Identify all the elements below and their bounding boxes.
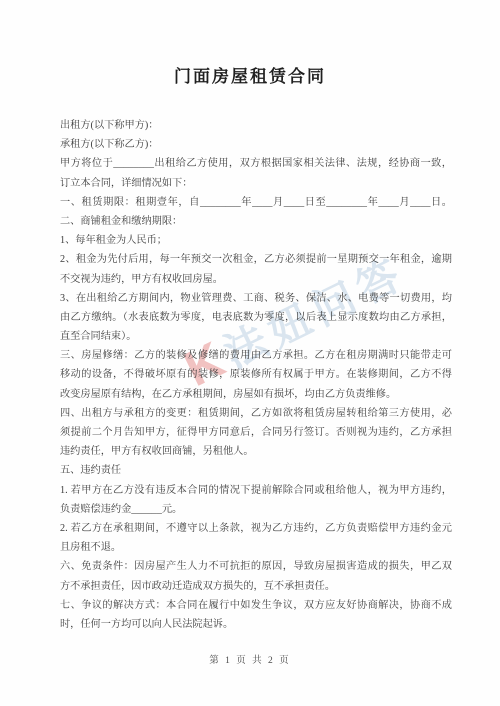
contract-line: 2、租金为先付后用，每一年预交一次租金，乙方必须提前一星期预交一年租金，逾期 [60, 250, 452, 269]
contract-line: 七、争议的解决方式：本合同在履行中如发生争议，双方应友好协商解决，协商不成 [60, 596, 452, 615]
contract-line: 负责赔偿违约金______元。 [60, 500, 452, 519]
contract-line: 3、在出租给乙方期间内，物业管理费、工商、税务、保洁、水、电费等一切费用，均 [60, 289, 452, 308]
contract-line: 须提前二个月告知甲方，征得甲方同意后，合同另行签订。否则视为违约，乙方承担 [60, 423, 452, 442]
contract-line: 出租方(以下称甲方)： [60, 116, 452, 135]
page-number: 第 1 页 共 2 页 [0, 652, 500, 666]
contract-line: 1. 若甲方在乙方没有违反本合同的情况下提前解除合同或租给他人，视为甲方违约， [60, 481, 452, 500]
contract-line: 三、房屋修缮：乙方的装修及修缮的费用由乙方承担。乙方在租房期满时只能带走可 [60, 346, 452, 365]
contract-line: 六、免责条件：因房屋产生人力不可抗拒的原因，导致房屋损害造成的损失，甲乙双 [60, 557, 452, 576]
contract-line: 由乙方缴纳。（水表底数为零度，电表底数为零度，以后表上显示度数均由乙方承担， [60, 308, 452, 327]
contract-line: 违约责任，甲方有权收回商铺，另租他人。 [60, 442, 452, 461]
contract-line: 不交视为违约，甲方有权收回房屋。 [60, 270, 452, 289]
contract-line: 承租方(以下称乙方)： [60, 135, 452, 154]
contract-body: 出租方(以下称甲方)： 承租方(以下称乙方)： 甲方将位于________出租给… [60, 116, 452, 634]
contract-line: 甲方将位于________出租给乙方使用，双方根据国家相关法律、法规，经协商一致… [60, 154, 452, 173]
contract-line: 方不承担责任，因市政动迁造成双方损失的，互不承担责任。 [60, 577, 452, 596]
contract-line: 时，任何一方均可以向人民法院起诉。 [60, 615, 452, 634]
contract-line: 改变房屋原有结构，在乙方承租期间，房屋如有损坏，均由乙方负责维修。 [60, 385, 452, 404]
contract-line: 2. 若乙方在承租期间，不遵守以上条款，视为乙方违约，乙方负责赔偿甲方违约金元 [60, 519, 452, 538]
contract-line: 五、违约责任 [60, 461, 452, 480]
contract-line: 且房租不退。 [60, 538, 452, 557]
contract-line: 订立本合同，详细情况如下： [60, 174, 452, 193]
contract-line: 四、出租方与承租方的变更：租赁期间，乙方如欲将租赁房屋转租给第三方使用，必 [60, 404, 452, 423]
contract-line: 移动的设备，不得破坏原有的装修，原装修所有权属于甲方。在装修期间，乙方不得 [60, 365, 452, 384]
contract-line: 1、每年租金为人民币； [60, 231, 452, 250]
contract-page: K法妞问答 门面房屋租赁合同 出租方(以下称甲方)： 承租方(以下称乙方)： 甲… [0, 0, 500, 706]
contract-title: 门面房屋租赁合同 [0, 62, 500, 87]
contract-line: 直至合同结束）。 [60, 327, 452, 346]
contract-line: 二、商铺租金和缴纳期限： [60, 212, 452, 231]
contract-line: 一、租赁期限：租期壹年，自________年____月____日至_______… [60, 193, 452, 212]
